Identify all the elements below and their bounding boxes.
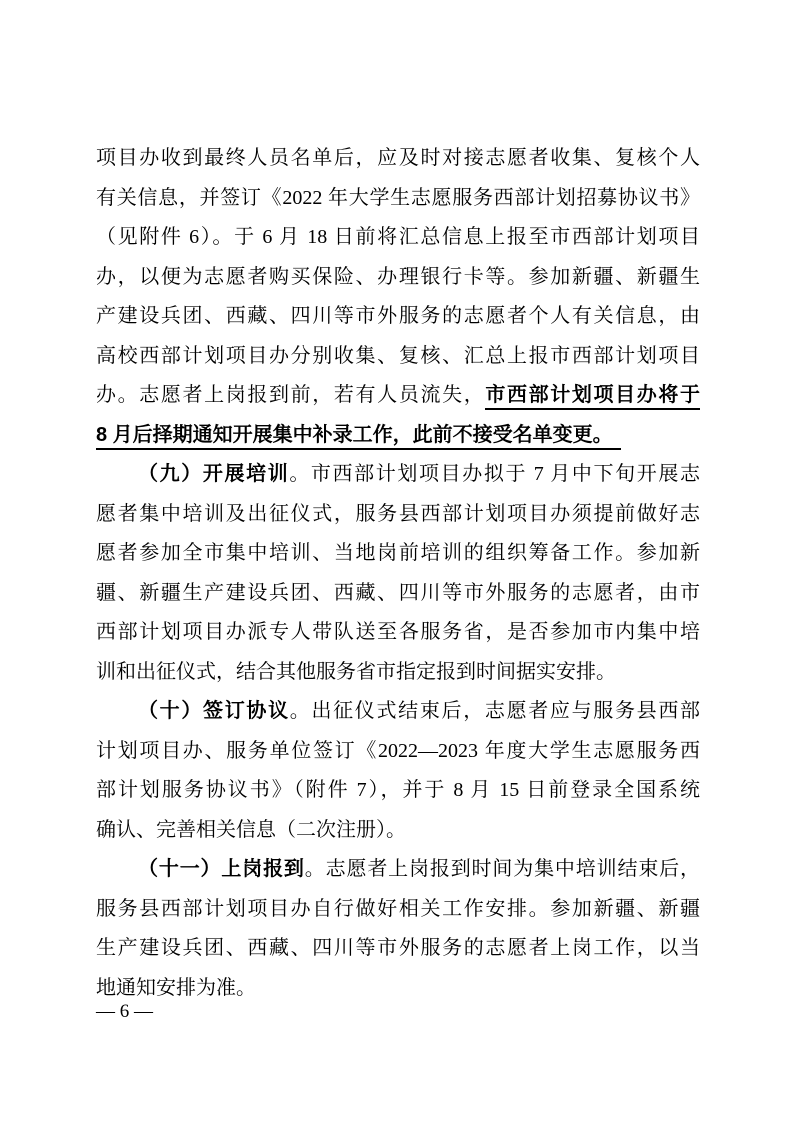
para2-line2: 愿者集中培训及出征仪式，服务县西部计划项目办须提前做好志 bbox=[96, 495, 700, 535]
para3-line3: 部计划服务协议书》（附件 7），并于 8 月 15 日前登录全国系统 bbox=[96, 771, 700, 811]
para1-line8-emphasized-text: 8 月后择期通知开展集中补录工作，此前不接受名单变更。 bbox=[96, 424, 621, 450]
para2-line3: 愿者参加全市集中培训、当地岗前培训的组织筹备工作。参加新 bbox=[96, 534, 700, 574]
para2-line5: 西部计划项目办派专人带队送至各服务省，是否参加市内集中培 bbox=[96, 613, 700, 653]
para1-line2: 有关信息，并签订《2022 年大学生志愿服务西部计划招募协议书》 bbox=[96, 179, 700, 219]
para3-line2: 计划项目办、服务单位签订《2022—2023 年度大学生志愿服务西 bbox=[96, 732, 700, 772]
para1-line5: 产建设兵团、西藏、四川等市外服务的志愿者个人有关信息，由 bbox=[96, 297, 700, 337]
para1-line6: 高校西部计划项目办分别收集、复核、汇总上报市西部计划项目 bbox=[96, 337, 700, 377]
para1-line3: （见附件 6）。于 6 月 18 日前将汇总信息上报至市西部计划项目 bbox=[96, 218, 700, 258]
section-11-heading: （十一）上岗报到 bbox=[138, 858, 305, 880]
para4-line3: 生产建设兵团、西藏、四川等市外服务的志愿者上岗工作，以当 bbox=[96, 929, 700, 969]
para2-line4: 疆、新疆生产建设兵团、西藏、四川等市外服务的志愿者，由市 bbox=[96, 574, 700, 614]
para1-line7-text: 办。志愿者上岗报到前，若有人员流失， bbox=[96, 384, 485, 406]
para1-line7-emphasized-text: 市西部计划项目办将于 bbox=[485, 384, 700, 410]
para2-line6: 训和出征仪式，结合其他服务省市指定报到时间据实安排。 bbox=[96, 653, 700, 693]
section-9-heading: （九）开展培训 bbox=[138, 463, 289, 485]
document-body: 项目办收到最终人员名单后，应及时对接志愿者收集、复核个人 有关信息，并签订《20… bbox=[96, 139, 700, 1008]
para1-line7: 办。志愿者上岗报到前，若有人员流失，市西部计划项目办将于 bbox=[96, 376, 700, 416]
para4-line1: （十一）上岗报到。志愿者上岗报到时间为集中培训结束后， bbox=[96, 850, 700, 890]
page-number: — 6 — bbox=[96, 1000, 153, 1024]
para3-line1-text: 。出征仪式结束后，志愿者应与服务县西部 bbox=[290, 700, 700, 722]
para3-line4: 确认、完善相关信息（二次注册）。 bbox=[96, 811, 700, 851]
document-page: 项目办收到最终人员名单后，应及时对接志愿者收集、复核个人 有关信息，并签订《20… bbox=[0, 0, 793, 1122]
para4-line2: 服务县西部计划项目办自行做好相关工作安排。参加新疆、新疆 bbox=[96, 890, 700, 930]
section-10-heading: （十）签订协议 bbox=[138, 700, 290, 722]
para2-line1: （九）开展培训。市西部计划项目办拟于 7 月中下旬开展志 bbox=[96, 455, 700, 495]
para2-line1-text: 。市西部计划项目办拟于 7 月中下旬开展志 bbox=[289, 463, 700, 485]
para4-line1-text: 。志愿者上岗报到时间为集中培训结束后， bbox=[305, 858, 700, 880]
para1-line8: 8 月后择期通知开展集中补录工作，此前不接受名单变更。 bbox=[96, 416, 700, 456]
para1-line1: 项目办收到最终人员名单后，应及时对接志愿者收集、复核个人 bbox=[96, 139, 700, 179]
para1-line4: 办，以便为志愿者购买保险、办理银行卡等。参加新疆、新疆生 bbox=[96, 258, 700, 298]
para3-line1: （十）签订协议。出征仪式结束后，志愿者应与服务县西部 bbox=[96, 692, 700, 732]
para4-line4: 地通知安排为准。 bbox=[96, 969, 700, 1009]
